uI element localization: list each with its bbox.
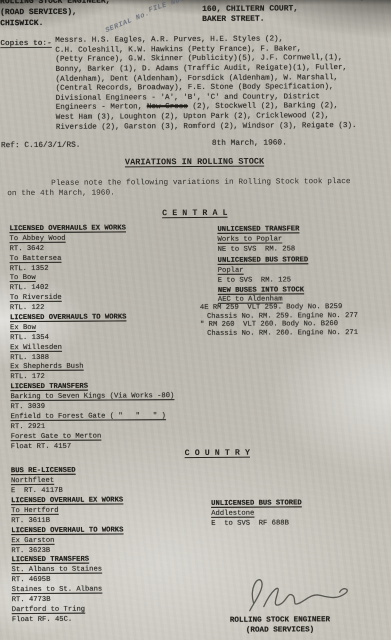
text-line: Dartford to Tring <box>12 606 124 617</box>
document-date: 8th March, 1960. <box>212 139 287 147</box>
signatory-title: ROLLING STOCK ENGINEER (ROAD SERVICES) <box>230 616 330 636</box>
signatory-title-line: (ROAD SERVICES) <box>230 626 330 636</box>
copies-recipient-list: Messrs. H.S. Eagles, A.R. Purves, H.E. S… <box>55 35 390 133</box>
reference-number: Ref: C.16/3/1/RS. <box>1 142 81 150</box>
section-heading-country: C O U N T R Y <box>1 447 391 459</box>
section-heading-central: C E N T R A L <box>0 207 390 219</box>
letterhead-recipient-address: ESTATE AGENT AND RAILWAY SURVEYOR, 160, … <box>202 0 365 26</box>
sender-line: (ROAD SERVICES), <box>0 7 110 18</box>
copies-to-label: Copies to:- <box>0 40 52 48</box>
country-left-column: BUS RE-LICENSEDNorthfleetE RT. 4117BLICE… <box>11 466 124 626</box>
text-line: Ex Garston <box>11 536 123 547</box>
country-right-column: UNLICENSED BUS STOREDAddlestoneE to SVS … <box>211 499 302 530</box>
text-line: St. Albans to Staines <box>12 566 124 577</box>
text-line: Chassis No. RM. 260. Engine No. 271 <box>207 329 358 338</box>
text-line: Northfleet <box>11 476 123 487</box>
struck-out-text: New Cross <box>147 104 188 112</box>
scanned-document-page: ROLLING STOCK ENGINEER, (ROAD SERVICES),… <box>0 0 391 640</box>
text-line: Staines to St. Albans <box>12 586 124 597</box>
text-segment: Engineers - Merton, <box>56 104 147 113</box>
central-right-column: UNLICENSED TRANSFERWorks to PoplarNE to … <box>217 225 358 338</box>
letterhead-sender-address: ROLLING STOCK ENGINEER, (ROAD SERVICES),… <box>0 0 111 30</box>
text-line: To Hertford <box>11 506 123 517</box>
recipient-line: BAKER STREET. <box>202 14 365 26</box>
text-segment: (2), Stockwell (2), Barking (2), <box>188 103 338 112</box>
page-title: VARIATIONS IN ROLLING STOCK <box>0 156 390 168</box>
text-line: RT. 3611B <box>11 516 123 527</box>
file-number-stamp: FILE No. <box>148 0 186 15</box>
central-left-column: LICENSED OVERHAULS EX WORKSTo Abbey Wood… <box>9 224 174 452</box>
text-line: E RT. 4117B <box>11 486 123 497</box>
sender-line: ROLLING STOCK ENGINEER, <box>0 0 110 8</box>
text-line: BUS RE-LICENSED <box>11 466 123 477</box>
text-line: Float RF. 45C. <box>12 616 124 627</box>
serial-number-stamp: SERIAL No. <box>104 10 151 35</box>
text-line: RT. 4773B <box>12 596 124 607</box>
text-line: LICENSED OVERHAUL TO WORKS <box>11 526 123 537</box>
intro-paragraph: Please note the following variations in … <box>7 178 382 199</box>
signatory-title-line: ROLLING STOCK ENGINEER <box>230 616 330 626</box>
text-line: Riverside (2), Garston (3), Romford (2),… <box>56 122 390 134</box>
text-line: LICENSED OVERHAUL EX WORKS <box>11 496 123 507</box>
text-line: UNLICENSED BUS STORED <box>211 499 302 510</box>
handwritten-signature-icon <box>240 571 365 618</box>
sender-line: CHISWICK. <box>0 18 110 29</box>
text-line: E to SVS RF 688B <box>211 520 302 531</box>
